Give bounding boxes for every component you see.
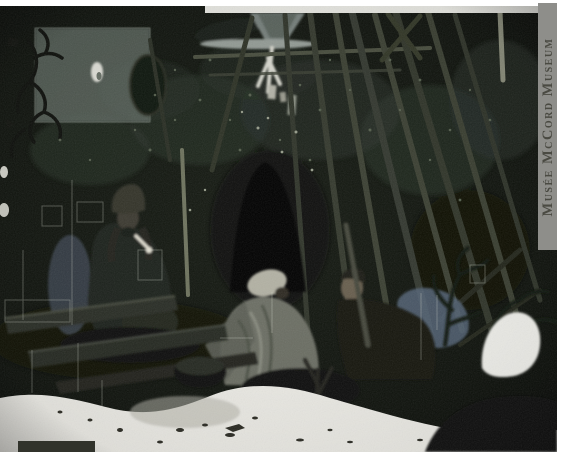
photo-content <box>0 6 557 452</box>
film-grain <box>0 6 557 452</box>
photograph-page: Musée McCord Museum <box>0 0 564 452</box>
watermark-strip: Musée McCord Museum <box>538 3 557 250</box>
bottom-left-bar <box>18 441 95 452</box>
photograph: Musée McCord Museum <box>0 0 564 452</box>
watermark-text: Musée McCord Museum <box>540 38 556 217</box>
